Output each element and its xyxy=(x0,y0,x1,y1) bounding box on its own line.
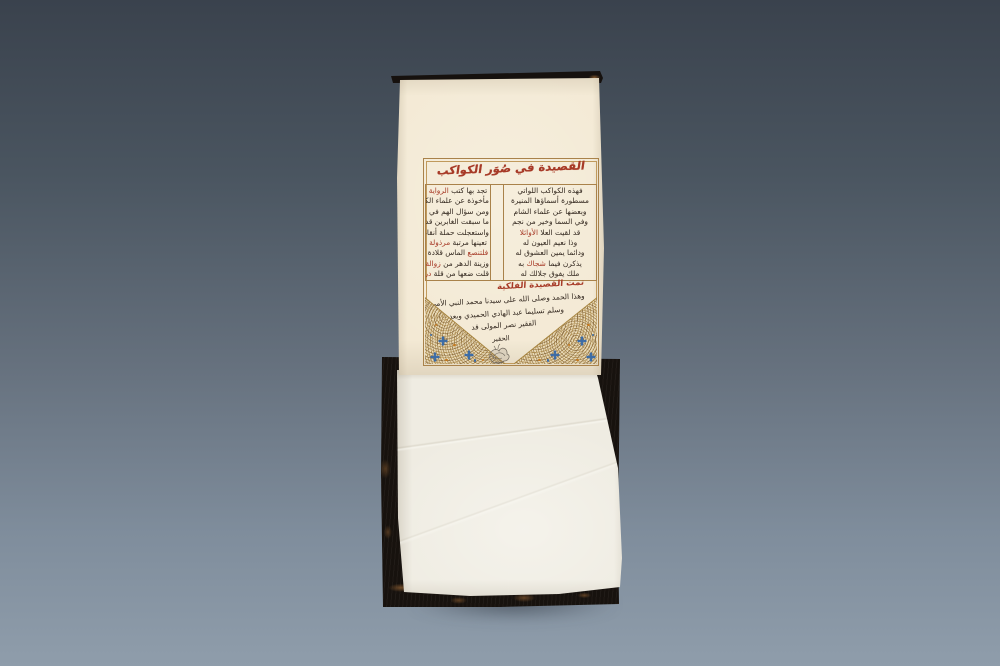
poem-line: تجد بها كتب الرواية xyxy=(427,186,489,196)
poem-line: مأخوذة عن علماء الكوفة xyxy=(427,196,489,206)
title-heading: القصيدة في صُوَر الكواكب xyxy=(423,158,600,178)
seal-scribble-icon xyxy=(484,341,514,368)
photograph-scene: القصيدة في صُوَر الكواكب تجد بها كتب الر… xyxy=(0,0,1000,666)
poem-column-left: تجد بها كتب الروايةمأخوذة عن علماء الكوف… xyxy=(425,185,491,280)
accent-dot xyxy=(568,344,571,347)
blank-page xyxy=(396,368,628,598)
poem-line: واستعجلت حملة أنقاطا xyxy=(427,228,489,238)
poem-line: تعينها مرتبة مرذولة xyxy=(427,238,489,248)
poem-line: قد لقيت العلا الأوائلا xyxy=(505,228,595,238)
blue-rosette-motif xyxy=(553,353,557,357)
accent-dot xyxy=(445,359,448,362)
accent-dot xyxy=(547,359,549,361)
accent-dot xyxy=(538,359,541,362)
poem-line: ما سبقت الغابرين قدم xyxy=(427,217,489,227)
poem-line: يذكرن فيما شجاك به xyxy=(505,259,595,269)
column-divider xyxy=(491,185,503,280)
blue-rosette-motif xyxy=(580,339,584,343)
poem-columns: تجد بها كتب الروايةمأخوذة عن علماء الكوف… xyxy=(425,184,597,281)
accent-dot xyxy=(435,324,438,327)
accent-dot xyxy=(576,359,579,362)
poem-line: فلتنصع الماس قلادة xyxy=(427,248,489,258)
accent-dot xyxy=(587,324,590,327)
poem-line: فهذه الكواكب اللواتي xyxy=(505,186,595,196)
accent-dot xyxy=(453,344,456,347)
blue-rosette-motif xyxy=(467,353,471,357)
scribal-seal xyxy=(484,341,514,368)
poem-line: وزينة الدهر من زوالة xyxy=(427,259,489,269)
accent-dot xyxy=(592,334,594,336)
poem-line: وبعضها عن علماء الشام xyxy=(505,207,595,217)
poem-line: ودائما يمين العشوق له xyxy=(505,248,595,258)
poem-line: قلت ضعها من قلة دراية xyxy=(427,269,489,279)
blue-rosette-motif xyxy=(441,339,445,343)
manuscript-book: القصيدة في صُوَر الكواكب تجد بها كتب الر… xyxy=(0,0,1000,666)
poem-column-right: فهذه الكواكب اللواتيمسطورة أسماؤها المني… xyxy=(503,185,597,280)
poem-line: وذا نعيم العيون له xyxy=(505,238,595,248)
accent-dot xyxy=(474,359,476,361)
blue-rosette-motif xyxy=(433,355,437,359)
poem-line: ومن سؤال الهم في الأنام xyxy=(427,207,489,217)
poem-line: مسطورة أسماؤها المنيرة xyxy=(505,196,595,206)
blue-rosette-motif xyxy=(589,355,593,359)
poem-line: وفي السما وخير من نجم xyxy=(505,217,595,227)
text-frame: القصيدة في صُوَر الكواكب تجد بها كتب الر… xyxy=(423,158,599,366)
accent-dot xyxy=(430,334,432,336)
illuminated-page: القصيدة في صُوَر الكواكب تجد بها كتب الر… xyxy=(397,78,605,376)
